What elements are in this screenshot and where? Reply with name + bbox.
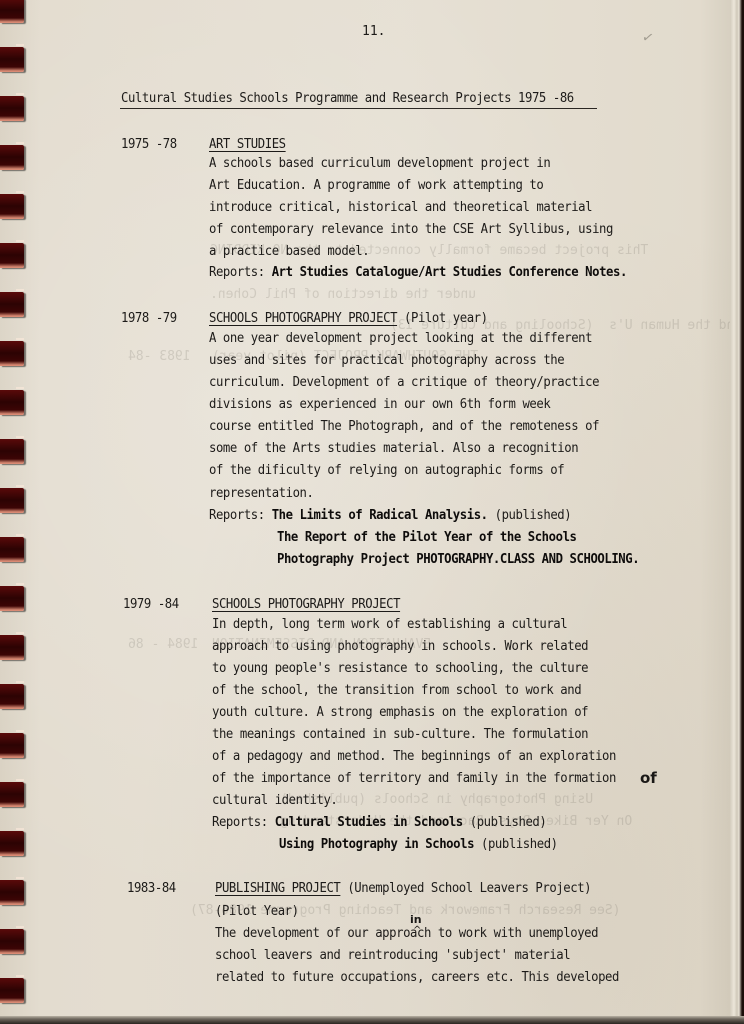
binding-ring — [0, 880, 24, 905]
entry-line: of the importance of territory and famil… — [212, 771, 616, 786]
entry-heading: SCHOOLS PHOTOGRAPHY PROJECT (Pilot year) — [209, 311, 488, 326]
entry-line: youth culture. A strong emphasis on the … — [212, 705, 588, 720]
binding-ring — [0, 782, 24, 807]
entry-line: to young people's resistance to schoolin… — [212, 661, 588, 676]
entry-heading: SCHOOLS PHOTOGRAPHY PROJECT — [212, 597, 400, 612]
page-edge — [730, 0, 744, 1024]
entry-line: of contemporary relevance into the CSE A… — [209, 222, 613, 237]
entry-heading-suffix: (Unemployed School Leavers Project) — [340, 881, 591, 896]
entry-line: A one year development project looking a… — [209, 331, 592, 346]
entry-line: of the school, the transition from schoo… — [212, 683, 581, 698]
binding-ring — [0, 586, 24, 611]
entry-line: related to future occupations, careers e… — [215, 970, 619, 985]
binding-ring — [0, 684, 24, 709]
entry-heading: PUBLISHING PROJECT (Unemployed School Le… — [215, 881, 591, 896]
entry-years: 1978 -79 — [121, 311, 177, 326]
entry-line: a practice based model. — [209, 244, 369, 259]
entry-line: In depth, long term work of establishing… — [212, 617, 567, 632]
entry-heading-title: PUBLISHING PROJECT — [215, 881, 340, 896]
entry-line: The development of our approach to work … — [215, 926, 598, 941]
report-note: (published) — [474, 837, 558, 852]
binding-ring — [0, 292, 24, 317]
binding-ring — [0, 341, 24, 366]
binding-ring — [0, 831, 24, 856]
report-title: Cultural Studies in Schools — [275, 815, 463, 830]
entry-line: of a pedagogy and method. The beginnings… — [212, 749, 616, 764]
entry-line: (Pilot Year) — [215, 904, 299, 919]
binding-ring — [0, 439, 24, 464]
binding-ring — [0, 390, 24, 415]
entry-line: cultural identity. — [212, 793, 337, 808]
caret-mark: ^ — [413, 925, 421, 936]
entry-reports: Reports: Art Studies Catalogue/Art Studi… — [209, 265, 627, 280]
entry-line: the meanings contained in sub-culture. T… — [212, 727, 588, 742]
report-note: (published) — [488, 508, 572, 523]
binding-ring — [0, 243, 24, 268]
entry-line: approach to using photography in schools… — [212, 639, 588, 654]
entry-line: introduce critical, historical and theor… — [209, 200, 592, 215]
entry-heading-title: ART STUDIES — [209, 137, 286, 152]
entry-years: 1975 -78 — [121, 137, 177, 152]
report-note: (published) — [463, 815, 547, 830]
entry-line: uses and sites for practical photography… — [209, 353, 564, 368]
entry-line: school leavers and reintroducing 'subjec… — [215, 948, 570, 963]
binding-ring — [0, 635, 24, 660]
report-title: The Limits of Radical Analysis. — [272, 508, 488, 523]
entry-line: Art Education. A programme of work attem… — [209, 178, 543, 193]
entry-line: course entitled The Photograph, and of t… — [209, 419, 599, 434]
entry-years: 1979 -84 — [123, 597, 179, 612]
entry-line: representation. — [209, 486, 313, 501]
report-title: Art Studies Catalogue/Art Studies Confer… — [272, 265, 627, 280]
entry-line: divisions as experienced in our own 6th … — [209, 397, 550, 412]
entry-heading: ART STUDIES — [209, 137, 286, 152]
binding-ring — [0, 929, 24, 954]
binding-ring — [0, 145, 24, 170]
bleed-through-text: 1983 -84 — [128, 349, 191, 364]
entry-heading-title: SCHOOLS PHOTOGRAPHY PROJECT — [209, 311, 397, 326]
entry-line: of the dificulty of relying on autograph… — [209, 463, 564, 478]
binding-ring — [0, 978, 24, 1003]
bleed-through-text: under the direction of Phil Cohen. — [210, 287, 476, 302]
binding-ring — [0, 537, 24, 562]
binding-ring — [0, 96, 24, 121]
entry-line: A schools based curriculum development p… — [209, 156, 550, 171]
entry-reports-continued: Using Photography in Schools (published) — [279, 837, 558, 852]
binding-ring — [0, 194, 24, 219]
report-title: Photography Project PHOTOGRAPHY.CLASS AN… — [277, 552, 639, 567]
document-title: Cultural Studies Schools Programme and R… — [121, 91, 574, 106]
handwritten-insertion: of — [640, 769, 657, 787]
entry-heading-title: SCHOOLS PHOTOGRAPHY PROJECT — [212, 597, 400, 612]
binding-ring — [0, 47, 24, 72]
page-number: 11. — [362, 24, 385, 39]
report-title: Using Photography in Schools — [279, 837, 474, 852]
title-underline — [120, 108, 597, 109]
binding-ring — [0, 0, 24, 23]
reports-label: Reports: — [209, 508, 265, 523]
pencil-check-mark: ✓ — [640, 29, 655, 47]
entry-reports: Reports: The Limits of Radical Analysis.… — [209, 508, 571, 523]
document-page: Reports: Language and the Human U's (Sch… — [0, 0, 732, 1018]
binding-ring — [0, 733, 24, 758]
report-title: The Report of the Pilot Year of the Scho… — [277, 530, 577, 545]
entry-line: curriculum. Development of a critique of… — [209, 375, 599, 390]
page-bottom-edge — [0, 1016, 744, 1024]
entry-reports: Reports: Cultural Studies in Schools (pu… — [212, 815, 546, 830]
bleed-through-text: 1984 - 86 — [128, 637, 198, 652]
reports-label: Reports: — [209, 265, 265, 280]
entry-heading-suffix: (Pilot year) — [397, 311, 488, 326]
entry-years: 1983-84 — [127, 881, 176, 896]
reports-label: Reports: — [212, 815, 268, 830]
binding-ring — [0, 488, 24, 513]
entry-line: some of the Arts studies material. Also … — [209, 441, 578, 456]
spiral-binding — [0, 0, 32, 1024]
